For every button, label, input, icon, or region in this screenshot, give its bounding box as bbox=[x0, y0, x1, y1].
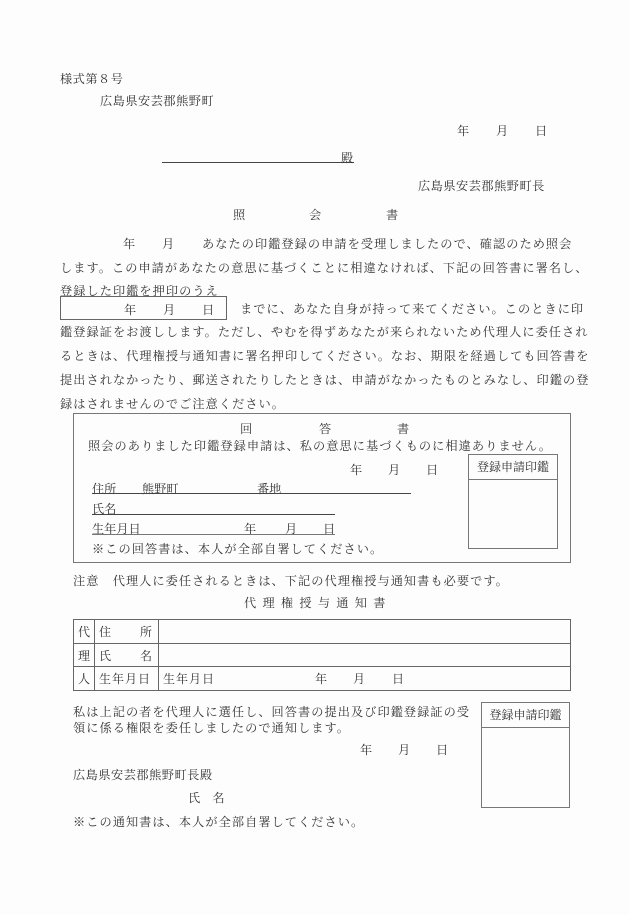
address-town: 熊野町 bbox=[142, 480, 179, 497]
month-label: 月 bbox=[398, 741, 410, 758]
delegation-title: 代 理 権 授 与 通 知 書 bbox=[244, 594, 387, 611]
issuer: 広島県安芸郡熊野町長 bbox=[418, 177, 545, 194]
birth-underline bbox=[92, 534, 335, 535]
agent-address-label: 住 所 bbox=[95, 620, 159, 644]
label-part: 所 bbox=[140, 623, 152, 640]
day-label: 日 bbox=[202, 301, 214, 318]
title-char: 照 bbox=[233, 206, 245, 223]
para-text: 提出されなかったり、郵送されたりしたときは、申請がなかったものとみなし、印鑑の登 bbox=[60, 371, 590, 388]
agent-table: 代 住 所 理 氏 名 人 生年月日 生年月日 年 月 日 bbox=[73, 619, 571, 691]
answer-statement: 照会のありました印鑑登録申請は、私の意思に基づくものに相違ありません。 bbox=[88, 437, 552, 454]
address-underline bbox=[92, 493, 411, 494]
month-label: 月 bbox=[162, 235, 174, 252]
addressee-suffix: 殿 bbox=[341, 149, 353, 166]
agent-name-label: 氏 名 bbox=[95, 644, 159, 667]
delegation-text-1: 私は上記の者を代理人に選任し、回答書の提出及び印鑑登録証の受 bbox=[73, 703, 470, 720]
para-text: あなたの印鑑登録の申請を受理しましたので、確認のため照会 bbox=[202, 235, 572, 252]
para-text: るときは、代理権授与通知書に署名押印してください。なお、期限を経過しても回答書を bbox=[60, 347, 590, 364]
delegator-name-field[interactable]: 氏 名 bbox=[188, 789, 225, 806]
birth-prefix: 生年月日 bbox=[163, 672, 215, 686]
year-label: 年 bbox=[360, 741, 372, 758]
name-underline bbox=[92, 514, 335, 515]
month-label: 月 bbox=[163, 301, 175, 318]
agent-address-input[interactable] bbox=[159, 620, 571, 644]
delegation-text-2: 領に係る権限を委任しましたので通知します。 bbox=[73, 719, 350, 736]
month-label: 月 bbox=[496, 122, 508, 139]
title-char: 答 bbox=[319, 420, 331, 437]
town-name: 広島県安芸郡熊野町 bbox=[100, 92, 214, 109]
para-text: 録はされませんのでご注意ください。 bbox=[60, 395, 285, 412]
year-label: 年 bbox=[315, 670, 327, 687]
caution-text: 注意 代理人に委任されるときは、下記の代理権授与通知書も必要です。 bbox=[73, 572, 509, 589]
title-char: 書 bbox=[386, 206, 398, 223]
label-part: 名 bbox=[140, 647, 152, 664]
year-label: 年 bbox=[350, 461, 362, 478]
para-text: までに、あなた自身が持って来てください。このときに印 bbox=[240, 300, 584, 317]
title-char: 回 bbox=[240, 420, 252, 437]
title-char: 会 bbox=[309, 206, 321, 223]
delegation-seal-box[interactable]: 登録申請印鑑 bbox=[481, 702, 570, 808]
delegation-addressee: 広島県安芸郡熊野町長殿 bbox=[73, 766, 213, 783]
year-label: 年 bbox=[124, 301, 136, 318]
label-part: 氏 bbox=[99, 649, 111, 663]
para-text: します。この申請があなたの意思に基づくことに相違なければ、下記の回答書に署名し、 bbox=[60, 259, 589, 276]
answer-seal-box[interactable]: 登録申請印鑑 bbox=[468, 454, 558, 549]
group-char: 理 bbox=[74, 644, 95, 667]
deadline-date-box[interactable]: 年 月 日 bbox=[60, 296, 227, 320]
day-label: 日 bbox=[535, 122, 547, 139]
year-label: 年 bbox=[457, 122, 469, 139]
seal-label: 登録申請印鑑 bbox=[469, 455, 557, 480]
answer-note: ※この回答書は、本人が全部自署してください。 bbox=[92, 540, 383, 557]
form-number: 様式第８号 bbox=[60, 70, 123, 87]
title-char: 書 bbox=[397, 420, 409, 437]
addressee-line[interactable] bbox=[162, 162, 354, 163]
day-label: 日 bbox=[392, 670, 404, 687]
group-char: 人 bbox=[74, 667, 95, 691]
notice-note: ※この通知書は、本人が全部自署してください。 bbox=[73, 813, 364, 830]
label-part: 住 bbox=[99, 625, 111, 639]
address-label: 住所 bbox=[92, 480, 116, 497]
year-label: 年 bbox=[123, 235, 135, 252]
agent-name-input[interactable] bbox=[159, 644, 571, 667]
day-label: 日 bbox=[436, 741, 448, 758]
month-label: 月 bbox=[353, 670, 365, 687]
month-label: 月 bbox=[388, 461, 400, 478]
seal-label: 登録申請印鑑 bbox=[482, 703, 569, 728]
agent-birth-input[interactable]: 生年月日 年 月 日 bbox=[159, 667, 571, 691]
para-text: 鑑登録証をお渡しします。ただし、やむを得ずあなたが来られないため代理人に委任され bbox=[60, 323, 589, 340]
group-char: 代 bbox=[74, 620, 95, 644]
address-banchi: 番地 bbox=[257, 480, 281, 497]
day-label: 日 bbox=[426, 461, 438, 478]
agent-birth-label: 生年月日 bbox=[95, 667, 159, 691]
